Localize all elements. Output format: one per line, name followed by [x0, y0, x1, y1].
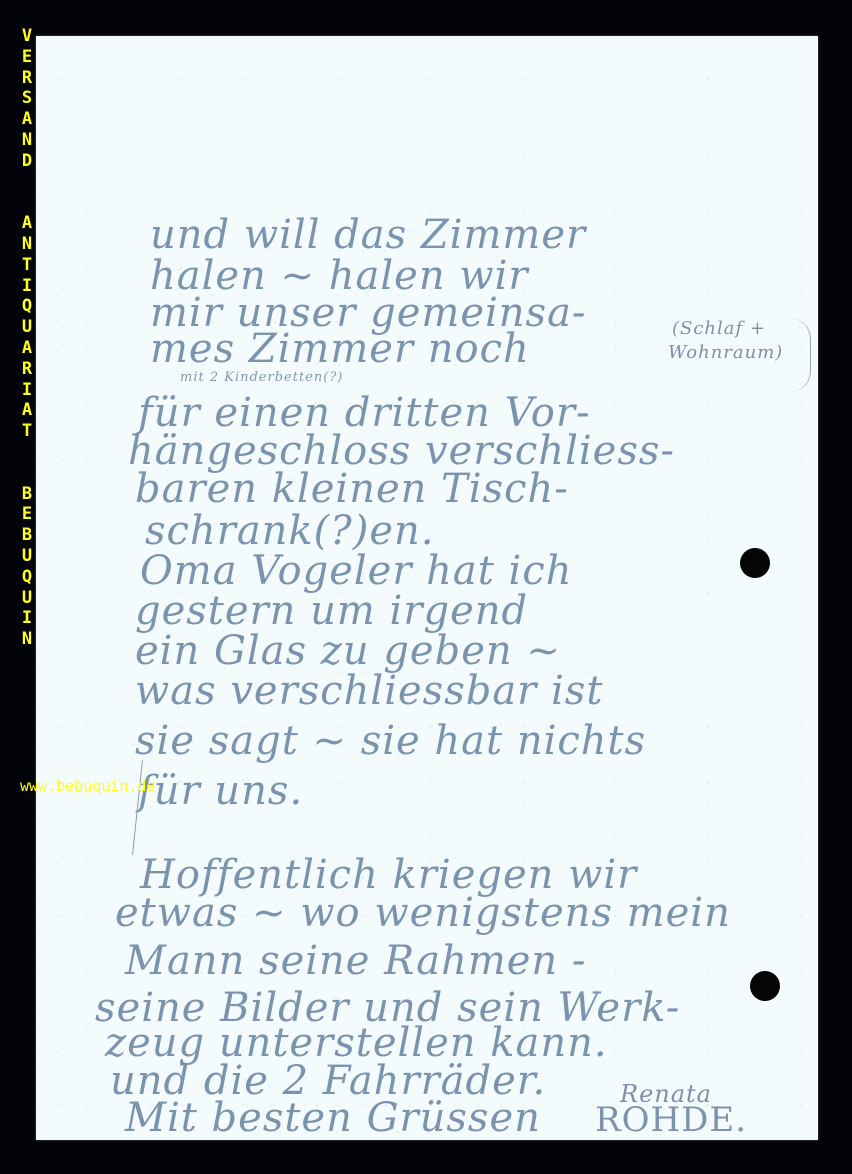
watermark-char: A — [22, 109, 32, 130]
letter-line: und will das Zimmer — [150, 212, 586, 258]
watermark-char — [22, 192, 32, 213]
letter-line: was verschliessbar ist — [135, 668, 603, 714]
vertical-watermark: VERSAND ANTIQUARIAT BEBUQUIN — [18, 26, 36, 650]
watermark-char: U — [22, 588, 32, 609]
watermark-char: V — [22, 26, 32, 47]
margin-note-line: Wohnraum) — [668, 342, 783, 363]
watermark-char: A — [22, 213, 32, 234]
margin-note-line: (Schlaf + — [672, 318, 766, 339]
watermark-char: R — [22, 359, 32, 380]
watermark-char: S — [22, 88, 32, 109]
punch-hole-bottom — [750, 971, 780, 1001]
letter-line: baren kleinen Tisch- — [135, 466, 569, 512]
letter-line: für uns. — [138, 768, 303, 814]
watermark-char: A — [22, 338, 32, 359]
watermark-char: U — [22, 317, 32, 338]
watermark-char: B — [22, 525, 32, 546]
watermark-char — [22, 172, 32, 193]
letter-closing: Mit besten Grüssen — [125, 1095, 541, 1141]
watermark-char: T — [22, 255, 32, 276]
watermark-char: N — [22, 234, 32, 255]
watermark-char: T — [22, 421, 32, 442]
letter-annotation: mit 2 Kinderbetten(?) — [180, 370, 343, 385]
watermark-char: Q — [22, 567, 32, 588]
watermark-char — [22, 463, 32, 484]
watermark-char: D — [22, 151, 32, 172]
watermark-char — [22, 442, 32, 463]
watermark-char: I — [22, 608, 32, 629]
signature-surname: ROHDE. — [595, 1100, 747, 1140]
watermark-char: Q — [22, 296, 32, 317]
letter-line: sie sagt ~ sie hat nichts — [135, 718, 646, 764]
watermark-char: N — [22, 629, 32, 650]
letter-line: mes Zimmer noch — [150, 326, 530, 372]
watermark-char: I — [22, 276, 32, 297]
punch-hole-top — [740, 548, 770, 578]
watermark-char: U — [22, 546, 32, 567]
letter-line: etwas ~ wo wenigstens mein — [115, 890, 731, 936]
watermark-char: I — [22, 380, 32, 401]
watermark-url: www.bebuquin.de — [20, 777, 155, 795]
margin-bracket — [790, 318, 811, 392]
watermark-char: A — [22, 400, 32, 421]
watermark-char: E — [22, 504, 32, 525]
letter-line: Mann seine Rahmen - — [125, 938, 586, 984]
watermark-char: B — [22, 484, 32, 505]
watermark-char: R — [22, 68, 32, 89]
watermark-char: E — [22, 47, 32, 68]
watermark-char: N — [22, 130, 32, 151]
